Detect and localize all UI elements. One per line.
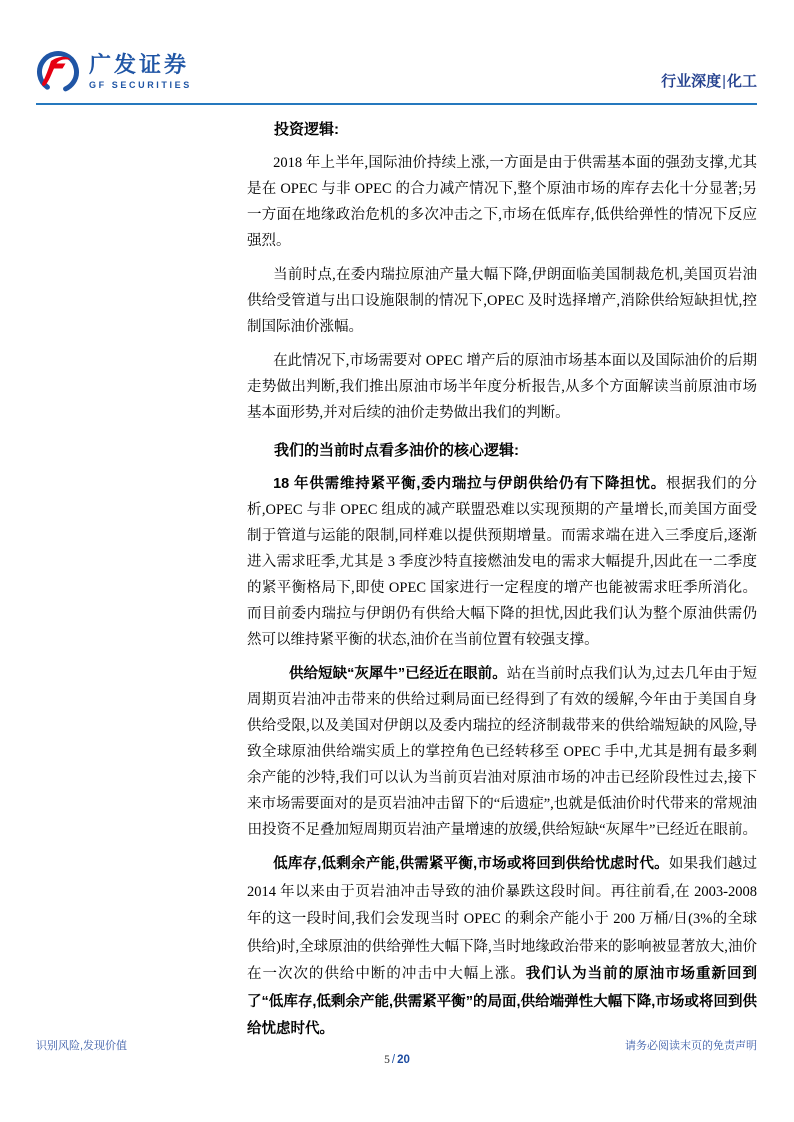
footer-disclaimer-note: 请务必阅读末页的免责声明 [625,1037,757,1053]
paragraph-half-year-report: 在此情况下,市场需要对 OPEC 增产后的原油市场基本面以及国际油价的后期走势做… [247,348,757,426]
paragraph-point-supply-worry: 低库存,低剩余产能,供需紧平衡,市场或将回到供给忧虑时代。如果我们越过 2014… [247,851,757,1044]
page-current: 5 [384,1054,390,1066]
point-1-body: 根据我们的分析,OPEC 与非 OPEC 组成的减产联盟恐难以实现预期的产量增长… [247,476,757,648]
brand-logo: 广发证券 GF SECURITIES [36,50,192,94]
point-2-body: 站在当前时点我们认为,过去几年由于短周期页岩油冲击带来的供给过剩局面已经得到了有… [247,666,757,838]
point-2-lead: 供给短缺“灰犀牛”已经近在眼前。 [289,666,507,682]
page-indicator: 5/20 [0,1054,794,1066]
report-body: 投资逻辑: 2018 年上半年,国际油价持续上涨,一方面是由于供需基本面的强劲支… [247,117,757,1052]
footer-risk-note: 识别风险,发现价值 [36,1037,127,1053]
page-total: 20 [397,1054,410,1066]
doc-type-label: 行业深度 [661,73,721,90]
point-1-lead: 18 年供需维持紧平衡,委内瑞拉与伊朗供给仍有下降担忧。 [273,476,666,492]
brand-text: 广发证券 GF SECURITIES [89,54,192,90]
brand-name-en: GF SECURITIES [89,81,192,90]
paragraph-oil-price-rise: 2018 年上半年,国际油价持续上涨,一方面是由于供需基本面的强劲支撑,尤其是在… [247,150,757,254]
gf-logo-icon [36,50,80,94]
paragraph-point-tight-balance: 18 年供需维持紧平衡,委内瑞拉与伊朗供给仍有下降担忧。根据我们的分析,OPEC… [247,471,757,653]
report-category: 行业深度|化工 [661,70,757,94]
point-3-lead: 低库存,低剩余产能,供需紧平衡,市场或将回到供给忧虑时代。 [273,856,669,872]
paragraph-point-grey-rhino: 供给短缺“灰犀牛”已经近在眼前。站在当前时点我们认为,过去几年由于短周期页岩油冲… [247,661,757,843]
page-separator: / [390,1054,397,1066]
industry-label: 化工 [727,73,757,90]
point-3-body: 如果我们越过 2014 年以来由于页岩油冲击导致的油价暴跌这段时间。再往前看,在… [247,856,757,982]
brand-name-cn: 广发证券 [89,54,192,76]
report-page: 广发证券 GF SECURITIES 行业深度|化工 投资逻辑: 2018 年上… [0,0,794,1122]
subsection-heading-core-logic: 我们的当前时点看多油价的核心逻辑: [247,438,757,464]
paragraph-current-point: 当前时点,在委内瑞拉原油产量大幅下降,伊朗面临美国制裁危机,美国页岩油供给受管道… [247,262,757,340]
page-header: 广发证券 GF SECURITIES 行业深度|化工 [36,50,757,105]
section-heading-investment-logic: 投资逻辑: [247,117,757,143]
